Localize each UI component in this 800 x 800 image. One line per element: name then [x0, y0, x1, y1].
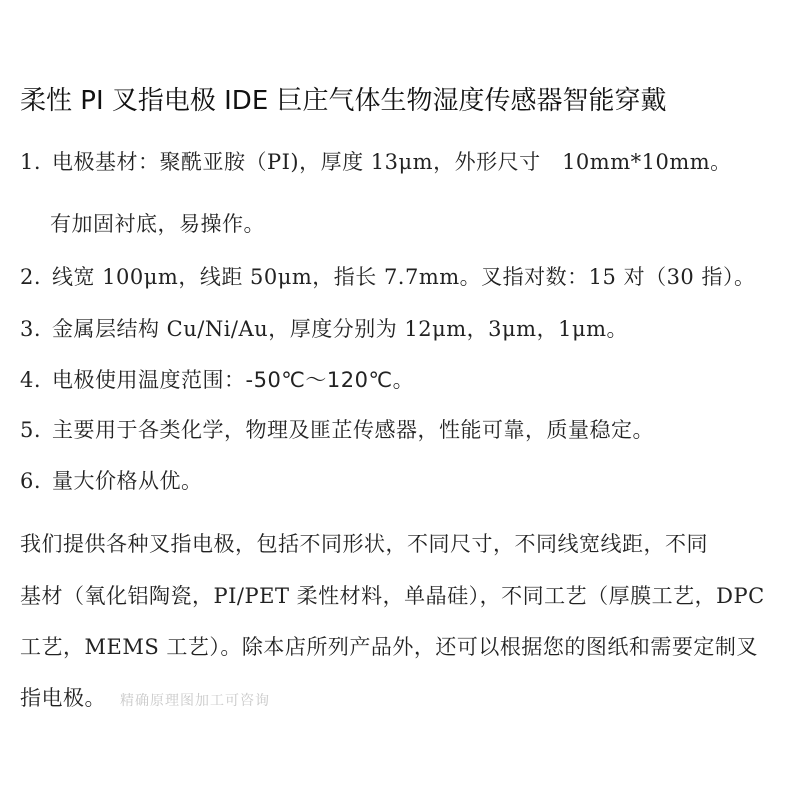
- spec-text: 电极使用温度范围：: [52, 368, 246, 392]
- spec-item-6: 6.量大价格从优。: [20, 465, 203, 495]
- spec-text: 金属层结构 Cu/Ni/Au，厚度分别为 12μm，3μm，1μm。: [52, 317, 628, 341]
- spec-text: 量大价格从优。: [52, 469, 203, 493]
- spec-number: 4.: [20, 368, 52, 392]
- spec-item-1: 1.电极基材：聚酰亚胺（PI)，厚度 13μm，外形尺寸 10mm*10mm。: [20, 146, 732, 176]
- spec-number: 2.: [20, 265, 52, 289]
- spec-text: 有加固衬底，易操作。: [50, 212, 265, 236]
- spec-text: 线宽 100μm，线距 50μm，指长 7.7mm。叉指对数：15 对（30 指…: [52, 265, 755, 289]
- faded-watermark-text: 精确原理图加工可咨询: [120, 693, 270, 709]
- description-line-2: 基材（氧化铝陶瓷，PI/PET 柔性材料，单晶硅），不同工艺（厚膜工艺，DPC: [20, 580, 785, 610]
- spec-item-3: 3.金属层结构 Cu/Ni/Au，厚度分别为 12μm，3μm，1μm。: [20, 313, 628, 343]
- description-line-1: 我们提供各种叉指电极，包括不同形状，不同尺寸，不同线宽线距，不同: [20, 528, 785, 558]
- description-line-4: 指电极。精确原理图加工可咨询: [20, 682, 785, 712]
- product-title: 柔性 PI 叉指电极 IDE 巨庄气体生物湿度传感器智能穿戴: [20, 80, 667, 117]
- spec-item-4: 4.电极使用温度范围：-50℃～120℃。: [20, 364, 414, 394]
- description-line-3: 工艺，MEMS 工艺）。除本店所列产品外，还可以根据您的图纸和需要定制叉: [20, 631, 785, 661]
- spec-item-1-continued: 有加固衬底，易操作。: [50, 208, 265, 238]
- spec-item-2: 2.线宽 100μm，线距 50μm，指长 7.7mm。叉指对数：15 对（30…: [20, 261, 755, 291]
- spec-item-5: 5.主要用于各类化学，物理及匪芷传感器，性能可靠，质量稳定。: [20, 414, 654, 444]
- spec-number: 5.: [20, 418, 52, 442]
- spec-number: 6.: [20, 469, 52, 493]
- spec-text-suffix: 。: [393, 368, 415, 392]
- spec-number: 1.: [20, 150, 52, 174]
- spec-number: 3.: [20, 317, 52, 341]
- temperature-range: -50℃～120℃: [246, 368, 393, 392]
- description-text: 指电极。: [20, 686, 106, 710]
- spec-text: 电极基材：聚酰亚胺（PI)，厚度 13μm，外形尺寸 10mm*10mm。: [52, 150, 732, 174]
- spec-text: 主要用于各类化学，物理及匪芷传感器，性能可靠，质量稳定。: [52, 418, 654, 442]
